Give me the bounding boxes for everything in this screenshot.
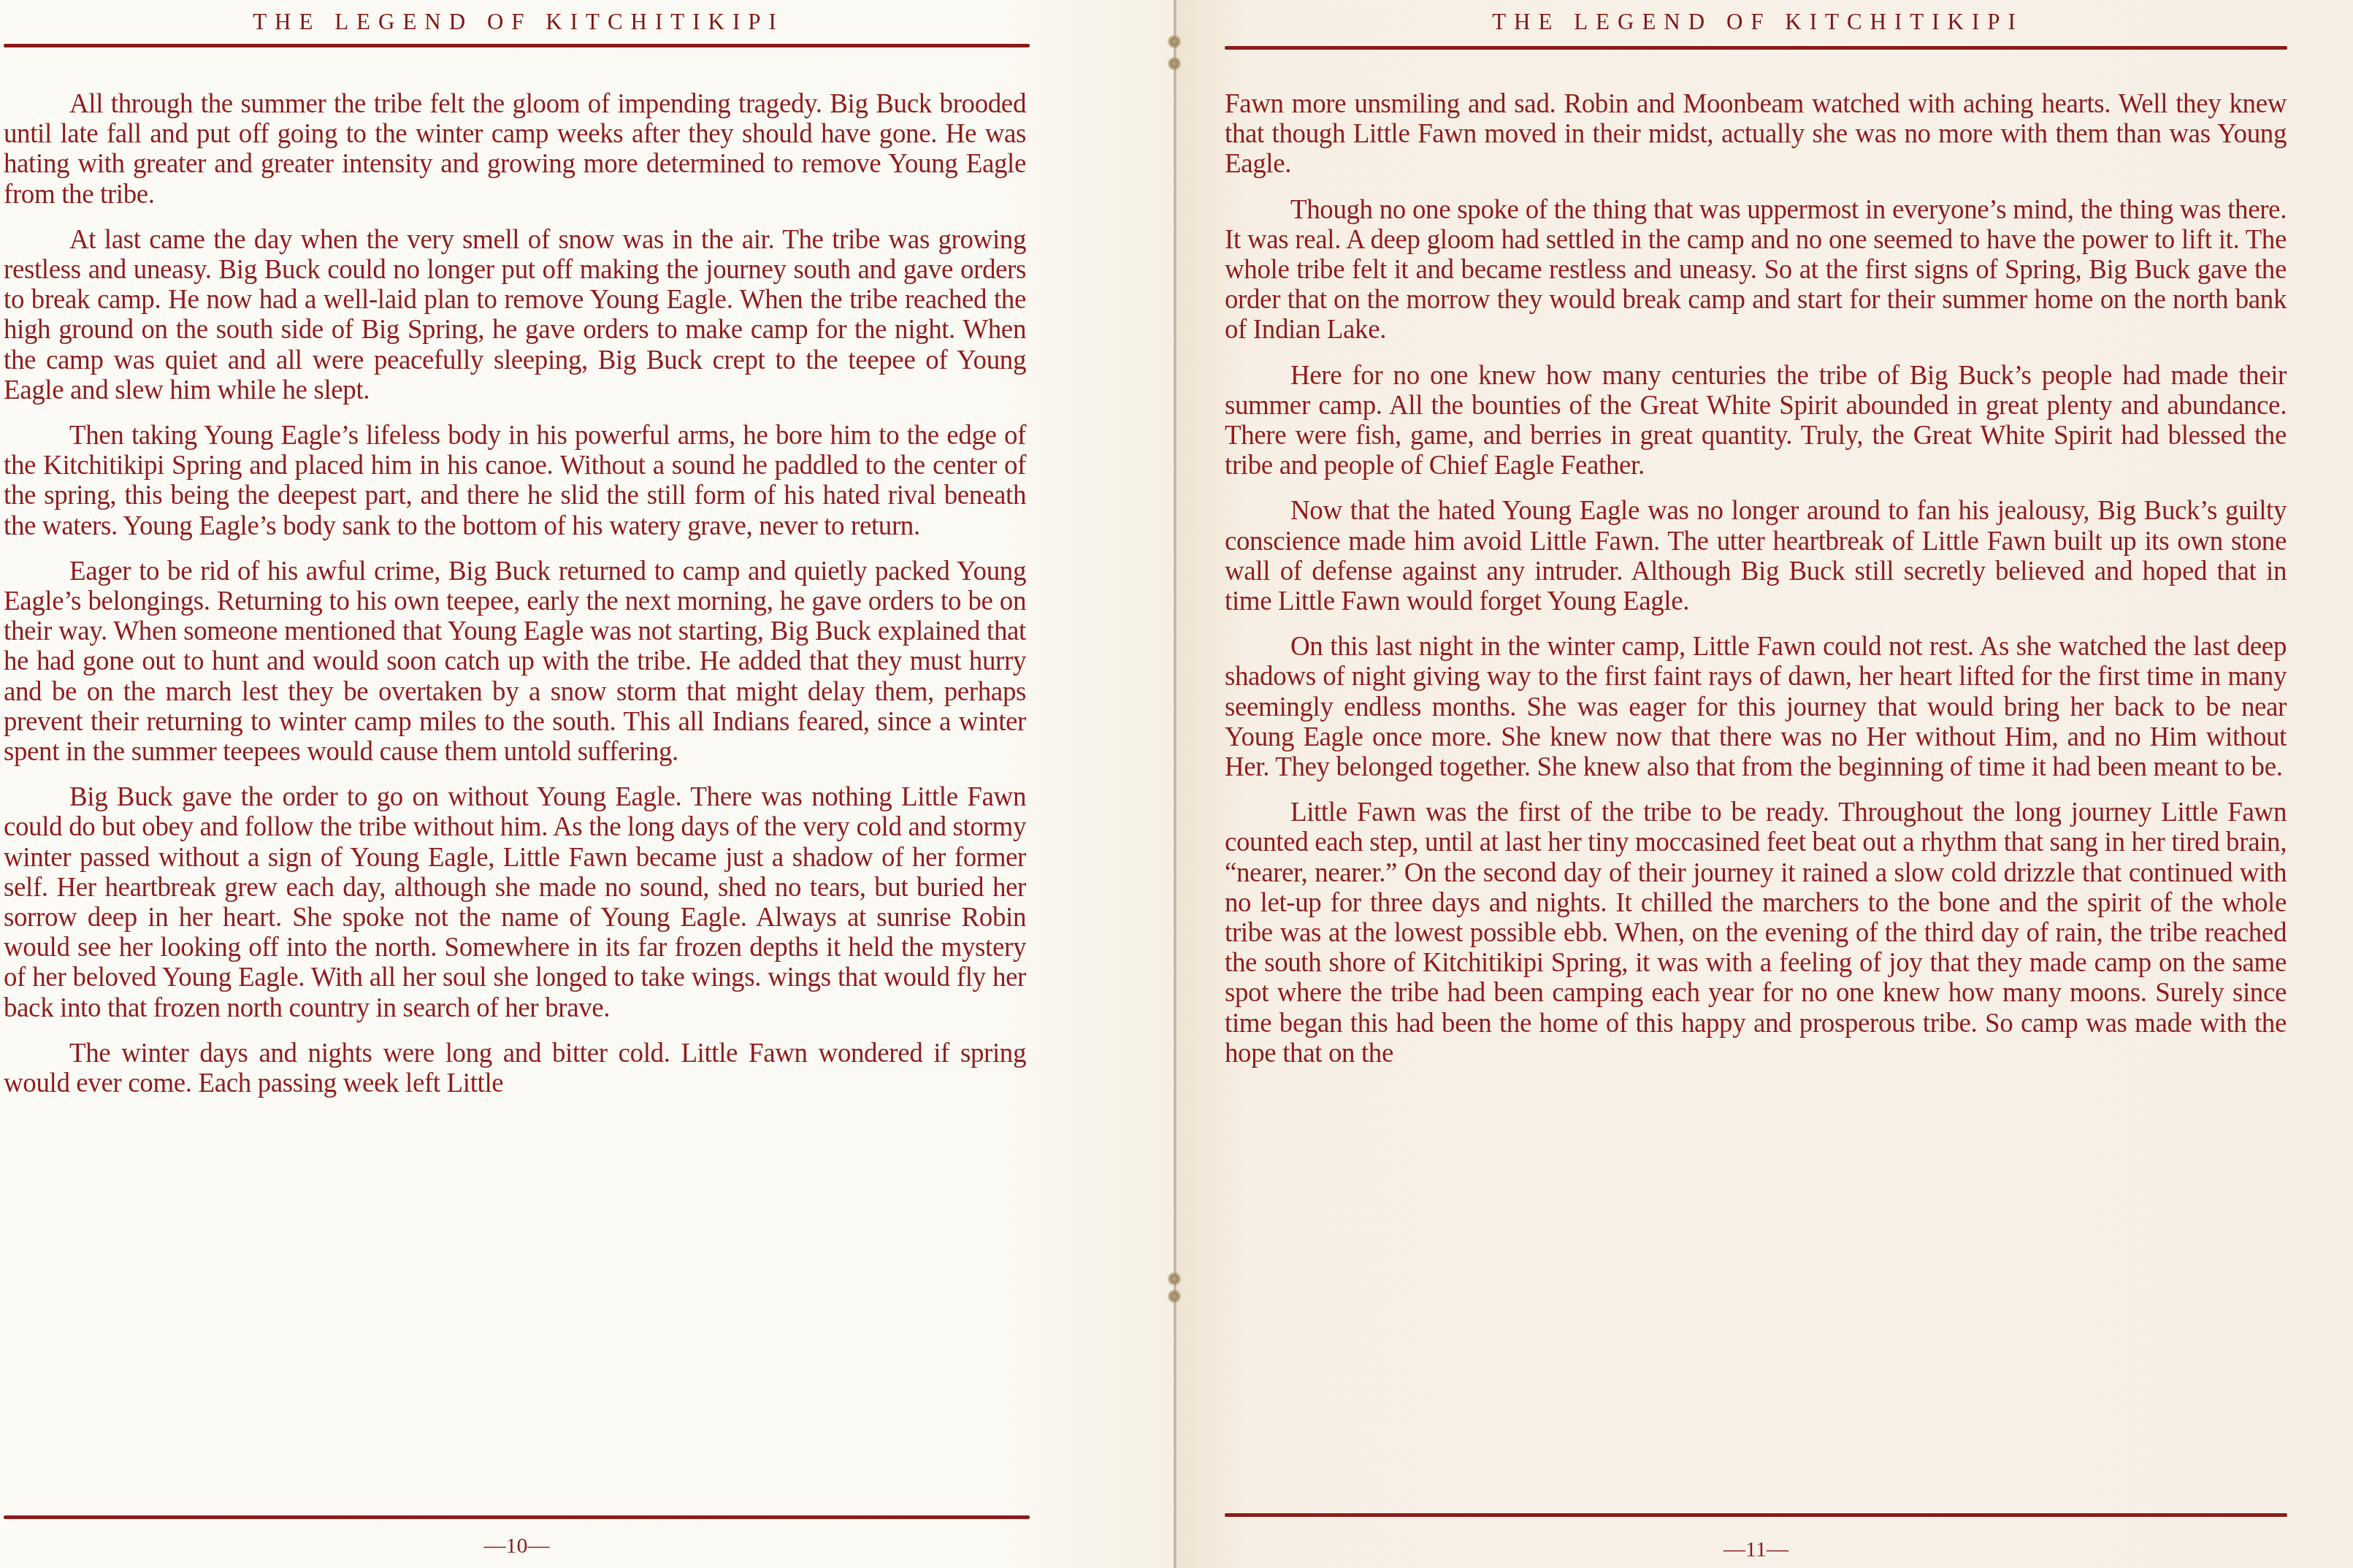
running-head: THE LEGEND OF KITCHITIKIPI [4,8,1033,36]
footer-rule [4,1515,1030,1519]
page-body: Fawn more unsmiling and sad. Robin and M… [1225,89,2287,1084]
paragraph: On this last night in the winter camp, L… [1225,632,2287,782]
paragraph: Then taking Young Eagle’s lifeless body … [4,421,1026,541]
paragraph: Eager to be rid of his awful crime, Big … [4,557,1026,767]
paragraph: At last came the day when the very smell… [4,225,1026,405]
paragraph: The winter days and nights were long and… [4,1039,1026,1098]
page-body: All through the summer the tribe felt th… [4,89,1026,1114]
header-rule [1225,46,2287,50]
binding-staple [1167,57,1182,70]
paragraph: All through the summer the tribe felt th… [4,89,1026,210]
page-11: THE LEGEND OF KITCHITIKIPI Fawn more uns… [1176,0,2353,1568]
running-head: THE LEGEND OF KITCHITIKIPI [1225,8,2291,36]
binding-staple [1167,35,1182,48]
book-spread: THE LEGEND OF KITCHITIKIPI All through t… [0,0,2353,1568]
footer-rule [1225,1513,2287,1517]
paragraph: Big Buck gave the order to go on without… [4,782,1026,1023]
paragraph: Little Fawn was the first of the tribe t… [1225,798,2287,1068]
header-rule [4,44,1030,47]
page-10: THE LEGEND OF KITCHITIKIPI All through t… [0,0,1176,1568]
paragraph: Here for no one knew how many centuries … [1225,361,2287,481]
page-number: —11— [1225,1537,2287,1562]
paragraph: Now that the hated Young Eagle was no lo… [1225,496,2287,616]
paragraph: Though no one spoke of the thing that wa… [1225,195,2287,345]
continued-paragraph: Fawn more unsmiling and sad. Robin and M… [1225,89,2287,180]
page-number: —10— [4,1534,1030,1559]
binding-staple [1167,1290,1182,1303]
binding-gutter [1174,0,1176,1568]
binding-staple [1167,1272,1182,1285]
